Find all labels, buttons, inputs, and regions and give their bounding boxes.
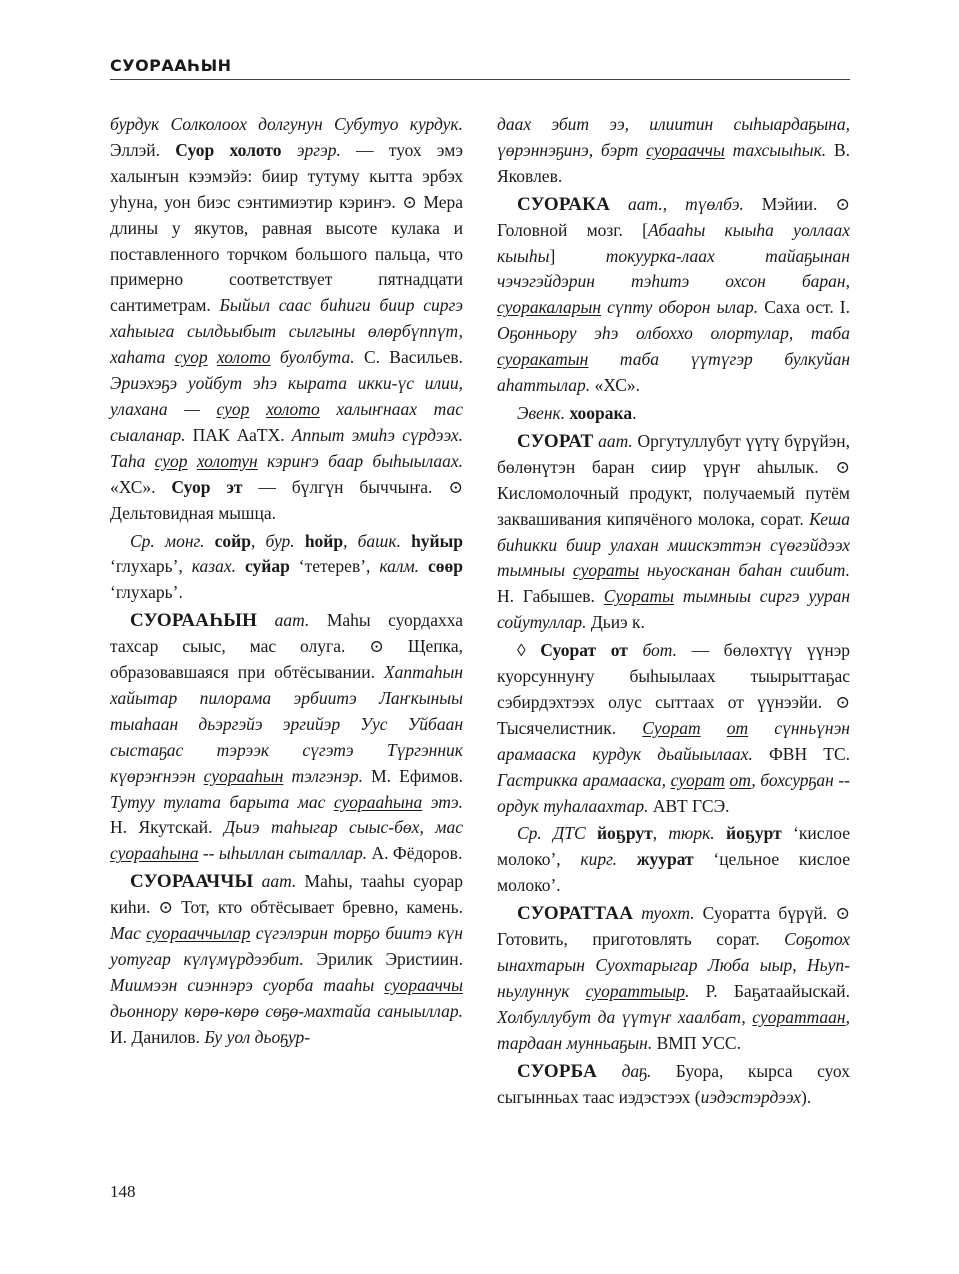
underlined-example-word: суораттыыр [586,981,685,1001]
underlined-example-word: суоракатын [497,349,588,369]
page-number: 148 [110,1182,136,1202]
body-text: Н. Габышев. [497,586,604,606]
body-text: А. Фёдоров. [372,843,463,863]
italic-text: тэлгэнэр. [283,766,371,786]
italic-text: даҕ. [597,1061,676,1081]
italic-text: тахсыыһык. [725,140,834,160]
bold-term: hуйыр [411,531,463,551]
underlined-example-word: суоракаларын [497,297,601,317]
body-text: Эрилик Эристиин. [317,949,464,969]
body-text: И. Данилов. [110,1027,204,1047]
italic-text: Оҕонньору эһэ олбоххо олортулар, таба [497,323,850,343]
italic-text: иэдэстэрдээх [701,1087,801,1107]
underlined-example-word: суорааччылар [146,923,250,943]
underlined-example-word: холото [266,399,320,419]
body-text: ‘глухарь’. [110,582,183,602]
italic-text: кэриҥэ баар быһыылаах. [258,451,463,471]
bold-term: Суор холото [175,140,297,160]
body-text: Н. Якутскай. [110,817,224,837]
italic-text: дьоннору көрө-көрө сөҕө-махтайа саныылла… [110,1001,463,1021]
running-head: СУОРААҺЫН [110,56,850,76]
underlined-example-word: холотун [197,451,258,471]
body-text: АВТ ГСЭ. [653,796,730,816]
etymology-note: Ср. ДТС йоҕрут, тюрк. йоҕурт ‘кислое мол… [497,821,850,899]
underlined-example-word: суораты [573,560,639,580]
header-rule [110,79,850,80]
body-text: ВМП УСС. [657,1033,741,1053]
headword: СУОРААЧЧЫ [130,871,253,892]
body-text: , [343,531,358,551]
body-text: ] [550,246,606,266]
body-text: , [251,531,266,551]
underlined-example-word: суорааһын [204,766,284,786]
entry-suorat: СУОРАТ аат. Оргутуллубут үүтү бүрүйэн, б… [497,429,850,636]
italic-text: -- ыһыллан сыталлар. [198,843,371,863]
underlined-example-word: суорааһына [110,843,198,863]
entry-suorba: СУОРБА даҕ. Буора, кырса суох сыгынньах … [497,1059,850,1111]
body-text: . [632,403,636,423]
underlined-example-word: суор [216,399,249,419]
italic-text: Гастрикка арамааска, [497,770,671,790]
italic-text [208,347,217,367]
bold-term: сөөр [428,556,463,576]
body-text: Эллэй. [110,140,175,160]
italic-text: аат. [257,610,327,630]
headword: СУОРААҺЫН [130,610,257,631]
underlined-example-word: Суорат [642,718,700,738]
italic-text: тюрк. [668,823,726,843]
italic-text: Мас [110,923,146,943]
body-text: Р. Баҕатаайыскай. [706,981,850,1001]
italic-text [249,399,266,419]
bold-term: йоҕурт [726,823,782,843]
left-column: бурдук Солколоох долгунун Субутуо курдук… [110,112,463,1051]
italic-text: Ср. монг. [130,531,215,551]
body-text: ФВН ТС. [769,744,850,764]
entry-suoraachchy: СУОРААЧЧЫ аат. Маһы, тааһы суорар киһи. … [110,869,463,1050]
body-text: Дьиэ к. [591,612,645,632]
bold-term: йоҕрут [597,823,653,843]
headword: СУОРАТ [517,431,593,452]
subentry-suorat-ot: ◊ Суорат от бот. — бөлөхтүү үүнэр куорсу… [497,638,850,819]
bold-term: Суор эт [171,477,242,497]
etymology-note: Ср. монг. сойр, бур. hойр, башк. hуйыр ‘… [110,529,463,607]
entry-suorattaa: СУОРАТТАА туохт. Суоратта бүрүй. ⊙ Готов… [497,901,850,1056]
italic-text: Бу уол дьоҕур- [204,1027,310,1047]
italic-text: аат., түөлбэ. [610,194,762,214]
body-text: ‘тетерев’, [290,556,380,576]
right-column: даах эбит ээ, илиитин сыһыардаҕына, үөрэ… [497,112,850,1110]
underlined-example-word: суораттаан [752,1007,845,1027]
italic-text: Дьиэ таһыгар сыыс-бөх, мас [224,817,463,837]
body-text: Саха ост. I. [764,297,850,317]
italic-text: эргэр. [297,140,356,160]
bold-term: жуурат [637,849,694,869]
entry-suoraka: СУОРАКА аат., түөлбэ. Мэйии. ⊙ Головной … [497,192,850,399]
bold-term: сойр [215,531,251,551]
entry-continuation: даах эбит ээ, илиитин сыһыардаҕына, үөрэ… [497,112,850,190]
body-text: «ХС». [110,477,171,497]
italic-text: сүпту оборон ылар. [601,297,764,317]
italic-text: Ср. ДТС [517,823,597,843]
underlined-example-word: от [727,718,748,738]
italic-text: башк. [358,531,411,551]
italic-text: Миимээн сиэннэрэ суорба тааһы [110,975,384,995]
italic-text: казах. [192,556,245,576]
italic-text: туохт. [633,903,703,923]
italic-text: бот. [628,640,692,660]
bold-term: суйар [245,556,290,576]
bold-term: хоорака [569,403,632,423]
underlined-example-word: суорааччы [646,140,725,160]
underlined-example-word: суорааһына [334,792,422,812]
body-text: ). [801,1087,811,1107]
entry-suoraahyn: СУОРААҺЫН аат. Маһы суордахха тахсар сыы… [110,608,463,867]
headword: СУОРАКА [517,194,610,215]
body-text: М. Ефимов. [371,766,463,786]
italic-text: Тутуу тулата барыта мас [110,792,334,812]
body-text: «ХС». [594,375,640,395]
body-text: , [653,823,669,843]
underlined-example-word: суорат [671,770,725,790]
bold-term: hойр [305,531,343,551]
italic-text: бур. [265,531,304,551]
italic-text [188,451,197,471]
underlined-example-word: суор [175,347,208,367]
italic-text: бурдук Солколоох долгунун Субутуо курдук… [110,114,463,134]
headword: СУОРАТТАА [517,903,633,924]
italic-text: аат. [593,431,637,451]
bold-term: Суорат от [540,640,628,660]
italic-text: калм. [379,556,428,576]
italic-text: буолбута. [271,347,364,367]
underlined-example-word: от [730,770,752,790]
page-header: СУОРААҺЫН [110,56,850,80]
italic-text: аат. [253,871,304,891]
italic-text: этэ. [422,792,463,812]
underlined-example-word: суорааччы [384,975,463,995]
underlined-example-word: Суораты [604,586,674,606]
headword: СУОРБА [517,1061,597,1082]
body-text: — туох эмэ халыҥын кээмэйэ: биир тутуму … [110,140,463,315]
italic-text: Холбуллубут да үүтүҥ хаалбат, [497,1007,752,1027]
body-text: ◊ [517,640,540,660]
etymology-note: Эвенк. хоорака. [497,401,850,427]
body-text: ПАК АаТХ. [193,425,292,445]
italic-text: . [685,981,706,1001]
body-text: С. Васильев. [364,347,463,367]
entry-continuation: бурдук Солколоох долгунун Субутуо курдук… [110,112,463,527]
italic-text: ньуосканан баһан сиибит. [639,560,850,580]
body-text: ‘глухарь’, [110,556,192,576]
italic-text: кирг. [580,849,636,869]
underlined-example-word: холото [217,347,271,367]
italic-text: Эвенк. [517,403,569,423]
italic-text [701,718,727,738]
underlined-example-word: суор [155,451,188,471]
